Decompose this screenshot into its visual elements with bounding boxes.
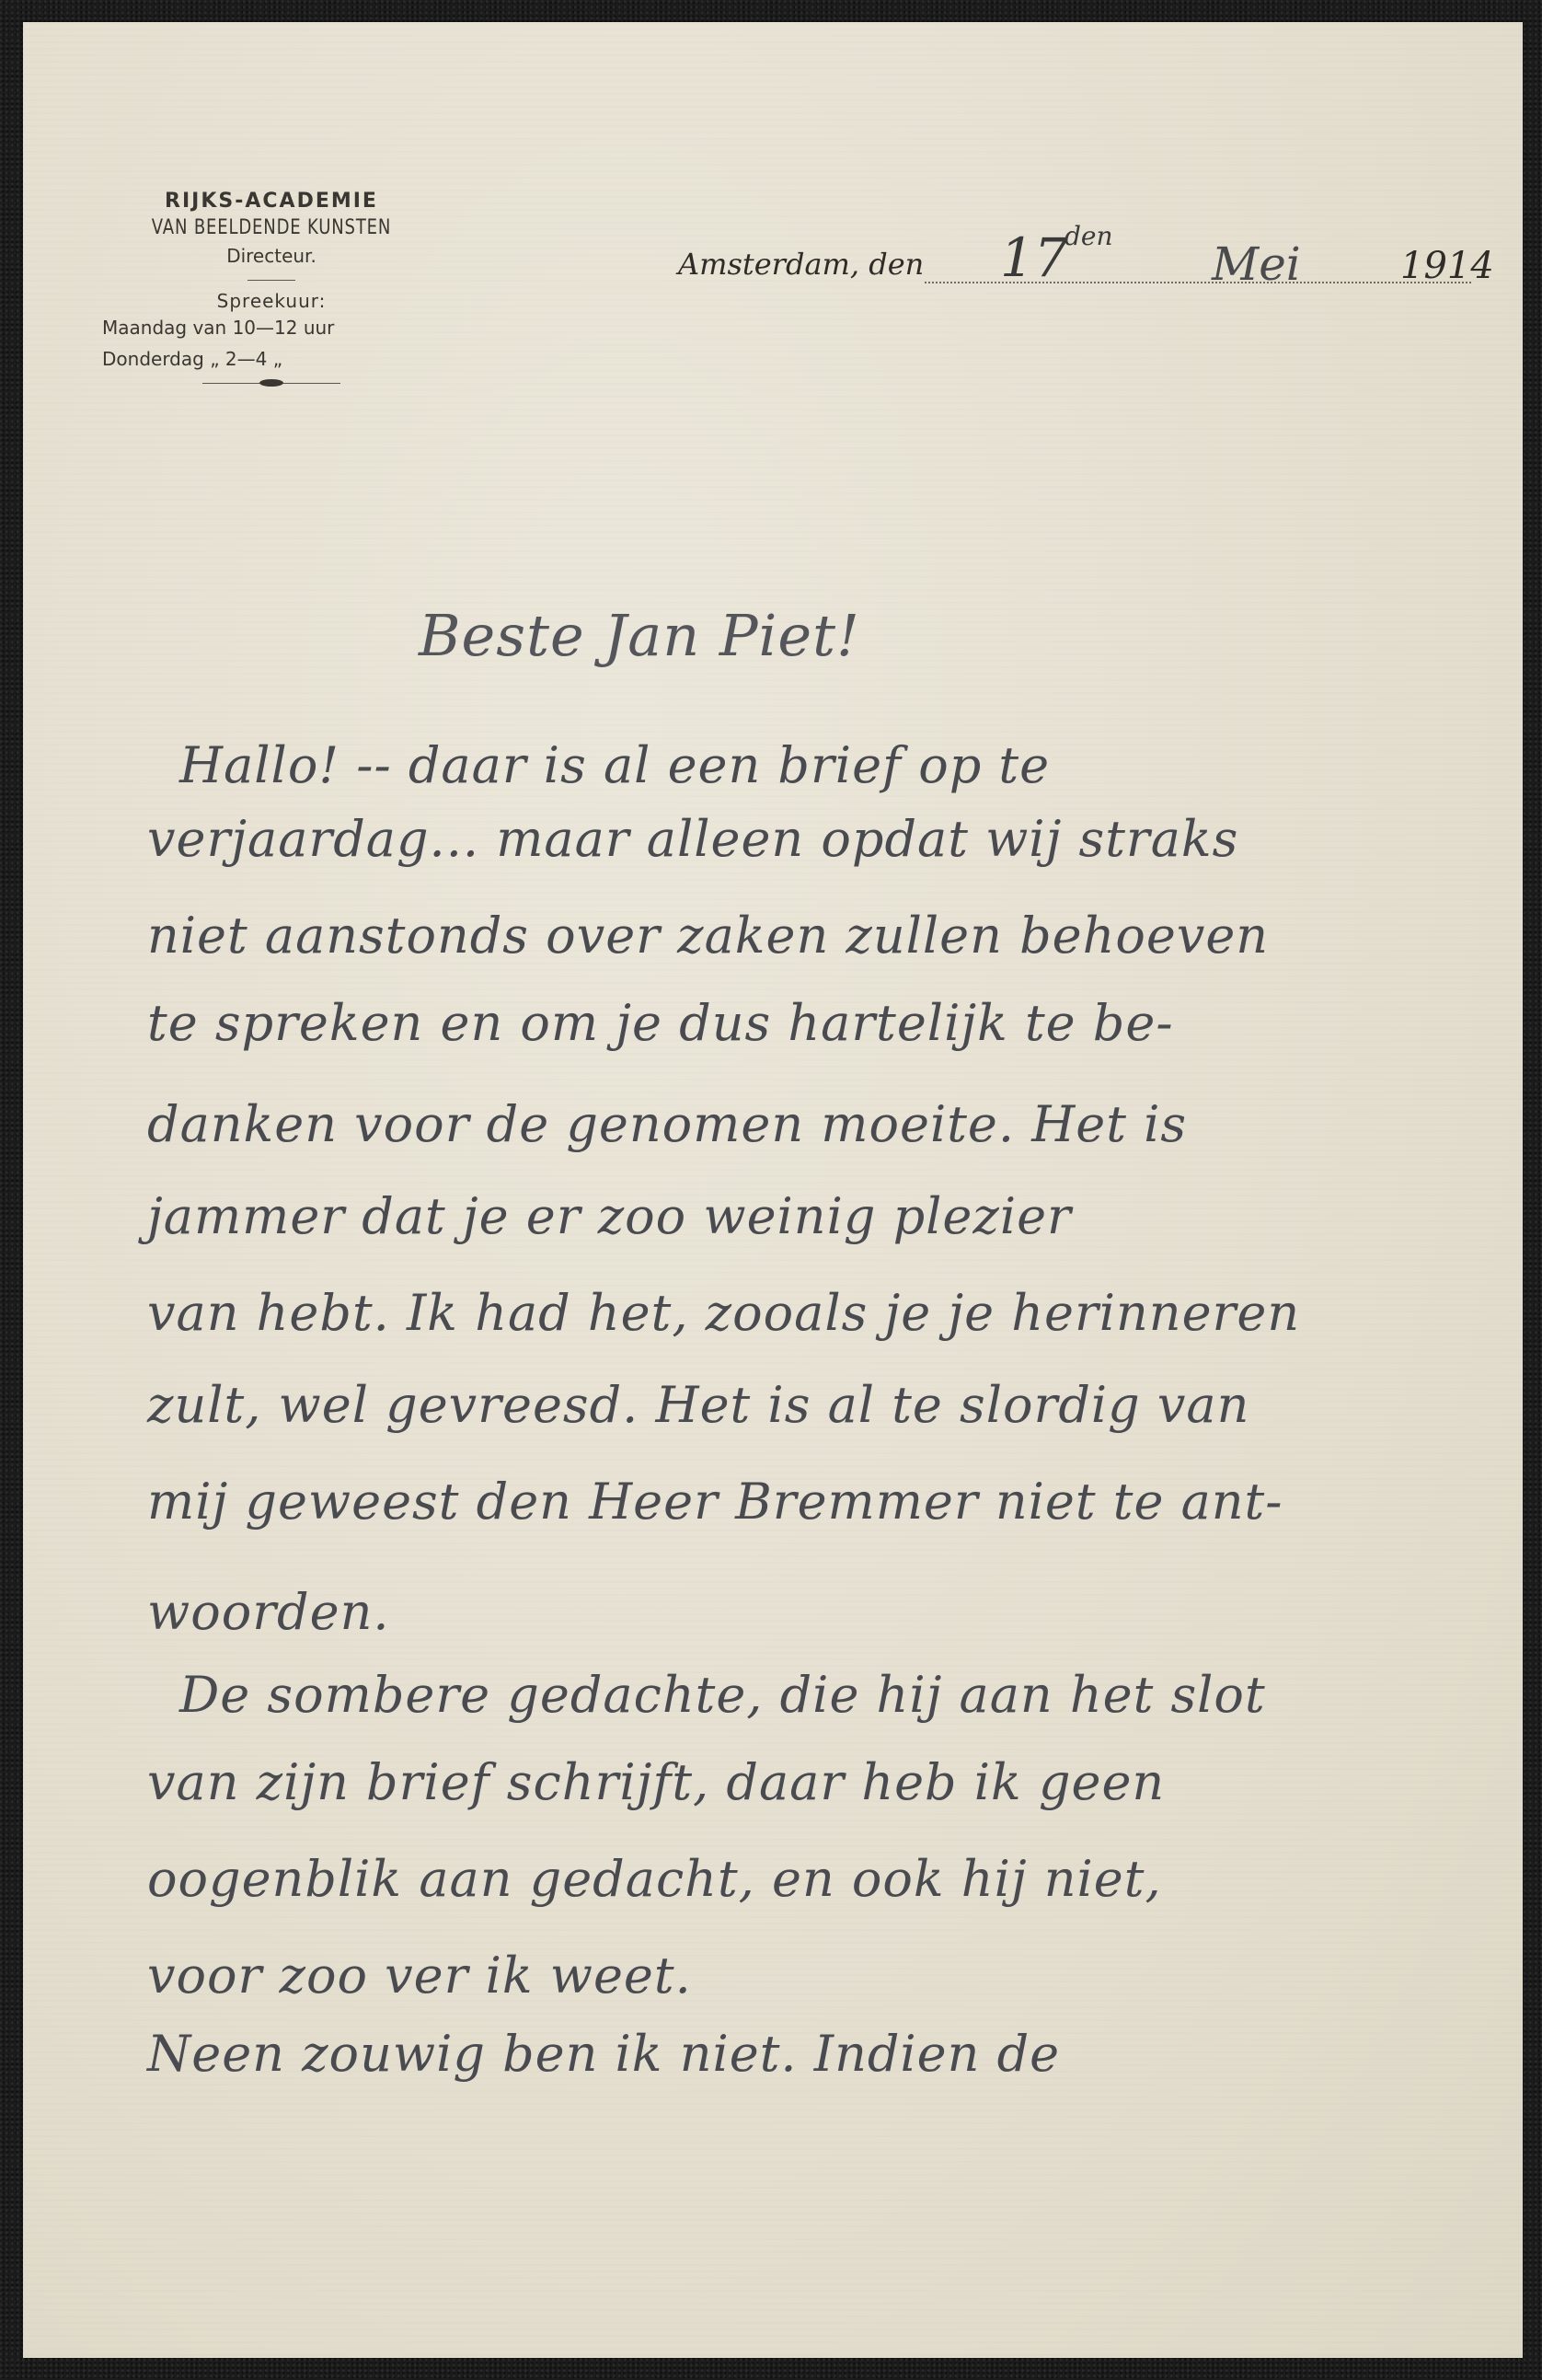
letter-line: mij geweest den Heer Bremmer niet te ant… [147, 1473, 1283, 1531]
date-month: Mei [1212, 237, 1301, 291]
date-year: 1914 [1400, 245, 1494, 287]
date-city: Amsterdam, den [678, 247, 924, 282]
letter-line: verjaardag... maar alleen opdat wij stra… [147, 810, 1238, 868]
letterhead-institution: RIJKS-ACADEMIE [78, 190, 465, 213]
letter-line: oogenblik aan gedacht, en ook hij niet, [147, 1850, 1162, 1908]
letter-line: De sombere gedachte, die hij aan het slo… [179, 1666, 1266, 1724]
office-hours-row: Donderdag „ 2—4 „ [102, 343, 465, 375]
letter-line: niet aanstonds over zaken zullen behoeve… [147, 907, 1269, 965]
letter-line: danken voor de genomen moeite. Het is [147, 1095, 1187, 1153]
letter-paper: RIJKS-ACADEMIE VAN BEELDENDE KUNSTEN Dir… [23, 22, 1523, 2358]
letter-line: voor zoo ver ik weet. [147, 1947, 692, 2005]
letterhead: RIJKS-ACADEMIE VAN BEELDENDE KUNSTEN Dir… [78, 169, 465, 387]
date-day: 17 [1000, 226, 1068, 289]
office-hours-title: Spreekuur: [78, 290, 465, 312]
letter-line: van hebt. Ik had het, zooals je je herin… [147, 1284, 1300, 1342]
letter-line: Neen zouwig ben ik niet. Indien de [147, 2025, 1060, 2083]
office-hours-time: „ 2—4 „ [210, 348, 282, 370]
letter-line: jammer dat je er zoo weinig plezier [147, 1187, 1072, 1245]
letter-line: te spreken en om je dus hartelijk te be- [147, 994, 1174, 1052]
office-hours-day: Maandag [102, 317, 187, 339]
letter-line: zult, wel gevreesd. Het is al te slordig… [147, 1376, 1249, 1434]
date-day-suffix: den [1064, 221, 1113, 251]
letter-line: woorden. [147, 1583, 390, 1641]
letter-line: van zijn brief schrijft, daar heb ik gee… [147, 1753, 1165, 1811]
office-hours-day: Donderdag [102, 348, 204, 370]
letterhead-role: Directeur. [78, 245, 465, 267]
letterhead-divider [247, 280, 295, 281]
office-hours: Maandag van 10—12 uur Donderdag „ 2—4 „ [78, 312, 465, 375]
salutation: Beste Jan Piet! [419, 602, 860, 669]
dateline: Amsterdam, den 17 den Mei 1914 [678, 232, 1506, 306]
office-hours-row: Maandag van 10—12 uur [102, 312, 465, 343]
letterhead-subtitle: VAN BEELDENDE KUNSTEN [113, 216, 430, 239]
office-hours-time: van 10—12 uur [192, 317, 334, 339]
letter-line: Hallo! -- daar is al een brief op te [179, 736, 1050, 794]
ornament-divider-icon [202, 378, 340, 387]
